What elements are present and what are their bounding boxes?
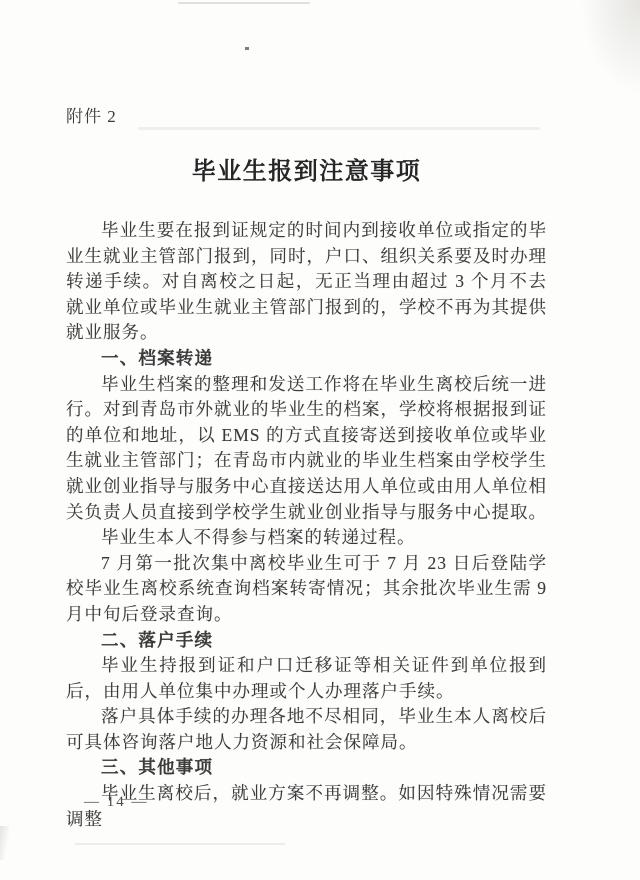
scan-artifact-edge <box>0 826 10 860</box>
section-heading: 二、落户手续 <box>66 628 547 654</box>
document-body: 毕业生要在报到证规定的时间内到接收单位或指定的毕业生就业主管部门报到，同时，户口… <box>66 218 547 832</box>
body-paragraph: 毕业生本人不得参与档案的转递过程。 <box>66 525 547 551</box>
body-paragraph: 毕业生要在报到证规定的时间内到接收单位或指定的毕业生就业主管部门报到，同时，户口… <box>66 218 547 346</box>
body-paragraph: 毕业生档案的整理和发送工作将在毕业生离校后统一进行。对到青岛市外就业的毕业生的档… <box>66 372 547 526</box>
page-number: — 14 — <box>84 794 149 810</box>
document-page: 附件 2 毕业生报到注意事项 毕业生要在报到证规定的时间内到接收单位或指定的毕业… <box>0 0 640 880</box>
body-paragraph: 7 月第一批次集中离校毕业生可于 7 月 23 日后登陆学校毕业生离校系统查询档… <box>66 551 547 628</box>
body-paragraph: 毕业生持报到证和户口迁移证等相关证件到单位报到后，由用人单位集中办理或个人办理落… <box>66 653 547 704</box>
body-paragraph: 落户具体手续的办理各地不尽相同，毕业生本人离校后可具体咨询落户地人力资源和社会保… <box>66 704 547 755</box>
scan-artifact-smudge-bottom <box>75 843 285 845</box>
scanned-page: { "colors": { "paper": "#fdfdfc", "ink":… <box>0 0 640 880</box>
scan-artifact-dot <box>245 47 249 50</box>
attachment-label: 附件 2 <box>66 107 547 127</box>
document-title: 毕业生报到注意事项 <box>66 157 547 187</box>
document-content: 附件 2 毕业生报到注意事项 毕业生要在报到证规定的时间内到接收单位或指定的毕业… <box>66 107 547 832</box>
section-heading: 一、档案转递 <box>66 346 547 372</box>
scan-artifact-corner-shade <box>580 0 640 95</box>
scan-artifact-streak <box>178 2 310 4</box>
section-heading: 三、其他事项 <box>66 755 547 781</box>
